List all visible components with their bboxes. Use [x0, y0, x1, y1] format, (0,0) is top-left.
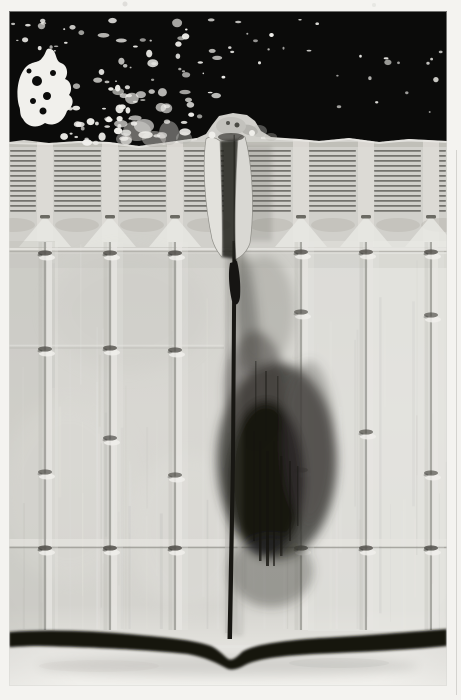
vignette — [9, 11, 447, 686]
paper-scratch-line — [456, 150, 457, 695]
gate-photograph — [0, 0, 461, 700]
photo-print — [0, 0, 461, 700]
photo-area — [0, 11, 461, 686]
